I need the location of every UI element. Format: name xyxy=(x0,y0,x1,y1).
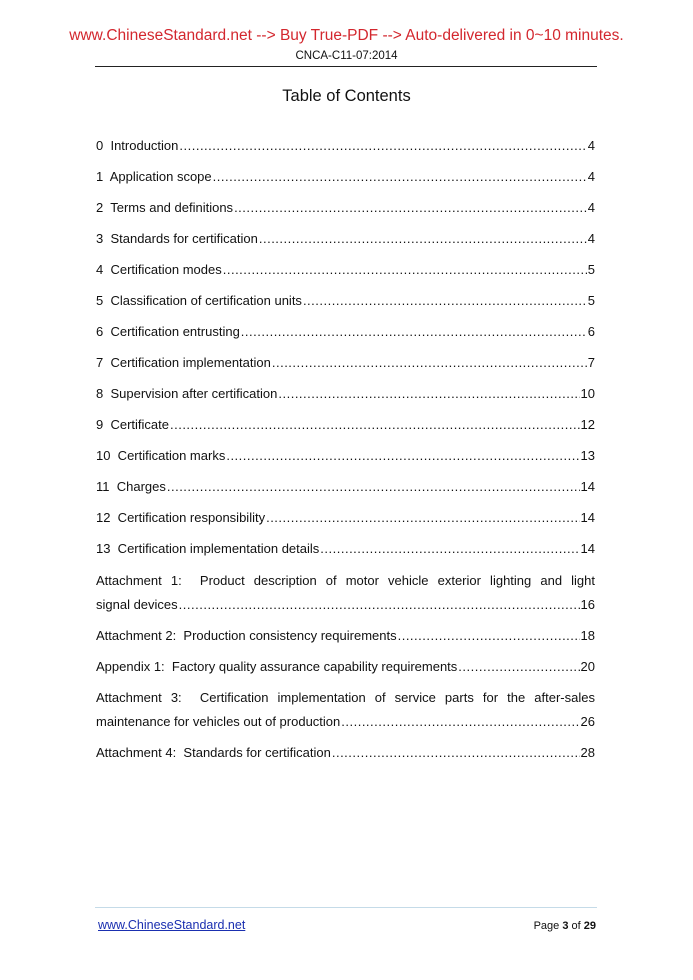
leader-dots xyxy=(341,710,579,734)
toc-entry[interactable]: 7 Certification implementation7 xyxy=(96,351,595,375)
page-indicator: Page 3 of 29 xyxy=(534,920,596,932)
toc-entry-title-line1: Attachment 3: Certification implementati… xyxy=(96,686,595,710)
page-total: 29 xyxy=(584,920,596,932)
leader-dots xyxy=(226,444,579,468)
toc-entry[interactable]: 3 Standards for certification4 xyxy=(96,227,595,251)
purchase-banner-link[interactable]: www.ChineseStandard.net --> Buy True-PDF… xyxy=(0,27,693,45)
leader-dots xyxy=(278,382,579,406)
leader-dots xyxy=(458,655,579,679)
toc-entry[interactable]: 6 Certification entrusting6 xyxy=(96,320,595,344)
toc-entry-page: 26 xyxy=(581,710,595,734)
leader-dots xyxy=(223,258,587,282)
toc-entry[interactable]: 2 Terms and definitions4 xyxy=(96,196,595,220)
leader-dots xyxy=(259,227,587,251)
leader-dots xyxy=(167,475,580,499)
toc-entry[interactable]: 0 Introduction4 xyxy=(96,134,595,158)
toc-entry-title: 2 Terms and definitions xyxy=(96,196,233,220)
toc-entry-page: 4 xyxy=(588,227,595,251)
toc-entry-title: 13 Certification implementation details xyxy=(96,537,319,561)
toc-entry[interactable]: 8 Supervision after certification10 xyxy=(96,382,595,406)
leader-dots xyxy=(241,320,587,344)
toc-entry[interactable]: Attachment 3: Certification implementati… xyxy=(96,686,595,734)
toc-entry[interactable]: 13 Certification implementation details1… xyxy=(96,537,595,561)
toc-entry-title: 7 Certification implementation xyxy=(96,351,271,375)
toc-entry-page: 14 xyxy=(581,506,595,530)
leader-dots xyxy=(179,134,586,158)
leader-dots xyxy=(303,289,587,313)
toc-entry-page: 4 xyxy=(588,134,595,158)
toc-entry-page: 5 xyxy=(588,258,595,282)
toc-entry-title: signal devices xyxy=(96,593,178,617)
toc-entry-page: 14 xyxy=(581,537,595,561)
header-divider xyxy=(95,66,597,67)
toc-entry-page: 14 xyxy=(581,475,595,499)
leader-dots xyxy=(272,351,587,375)
leader-dots xyxy=(179,593,580,617)
toc-entry-title: 9 Certificate xyxy=(96,413,169,437)
toc-entry[interactable]: 4 Certification modes5 xyxy=(96,258,595,282)
document-code: CNCA-C11-07:2014 xyxy=(0,50,693,62)
toc-entry-page: 20 xyxy=(581,655,595,679)
page-separator: of xyxy=(568,920,583,932)
toc-entry-page: 16 xyxy=(581,593,595,617)
toc-entry[interactable]: Attachment 1: Product description of mot… xyxy=(96,569,595,617)
toc-entry-title: Appendix 1: Factory quality assurance ca… xyxy=(96,655,457,679)
leader-dots xyxy=(213,165,587,189)
toc-entry-title-line1: Attachment 1: Product description of mot… xyxy=(96,569,595,593)
toc-entry-title: 4 Certification modes xyxy=(96,258,222,282)
toc-entry-page: 4 xyxy=(588,196,595,220)
toc-title: Table of Contents xyxy=(0,87,693,106)
toc-entry-page: 5 xyxy=(588,289,595,313)
toc-entry[interactable]: 5 Classification of certification units5 xyxy=(96,289,595,313)
leader-dots xyxy=(234,196,587,220)
toc-entry-title: 3 Standards for certification xyxy=(96,227,258,251)
toc-entry-page: 10 xyxy=(581,382,595,406)
toc-entry-title: 6 Certification entrusting xyxy=(96,320,240,344)
footer-divider xyxy=(95,907,597,908)
leader-dots xyxy=(398,624,580,648)
toc-entry-title: 8 Supervision after certification xyxy=(96,382,277,406)
toc-entry-title: Attachment 4: Standards for certificatio… xyxy=(96,741,331,765)
toc-entry-page: 4 xyxy=(588,165,595,189)
toc-entry[interactable]: Appendix 1: Factory quality assurance ca… xyxy=(96,655,595,679)
toc-entry-page: 13 xyxy=(581,444,595,468)
toc-entry[interactable]: 10 Certification marks13 xyxy=(96,444,595,468)
toc-entry-title: 0 Introduction xyxy=(96,134,178,158)
toc-entry-page: 18 xyxy=(581,624,595,648)
leader-dots xyxy=(332,741,580,765)
toc-entry-page: 6 xyxy=(588,320,595,344)
leader-dots xyxy=(320,537,579,561)
leader-dots xyxy=(266,506,579,530)
toc-entry-title: maintenance for vehicles out of producti… xyxy=(96,710,340,734)
toc-entry-title: 10 Certification marks xyxy=(96,444,225,468)
footer-website-link[interactable]: www.ChineseStandard.net xyxy=(98,918,245,932)
toc-entry-page: 28 xyxy=(581,741,595,765)
toc-entry-title: 5 Classification of certification units xyxy=(96,289,302,313)
toc-entry[interactable]: 1 Application scope4 xyxy=(96,165,595,189)
toc-entry-page: 7 xyxy=(588,351,595,375)
toc-entry-title: 12 Certification responsibility xyxy=(96,506,265,530)
leader-dots xyxy=(170,413,580,437)
toc-entry-page: 12 xyxy=(581,413,595,437)
toc-entry-title: 1 Application scope xyxy=(96,165,212,189)
toc-entry[interactable]: Attachment 4: Standards for certificatio… xyxy=(96,741,595,765)
toc-entry-title: Attachment 2: Production consistency req… xyxy=(96,624,397,648)
toc-entry-title: 11 Charges xyxy=(96,475,166,499)
toc-entry[interactable]: 12 Certification responsibility14 xyxy=(96,506,595,530)
toc-entry[interactable]: 11 Charges14 xyxy=(96,475,595,499)
page-prefix: Page xyxy=(534,920,563,932)
toc-entry[interactable]: Attachment 2: Production consistency req… xyxy=(96,624,595,648)
toc-entry[interactable]: 9 Certificate12 xyxy=(96,413,595,437)
